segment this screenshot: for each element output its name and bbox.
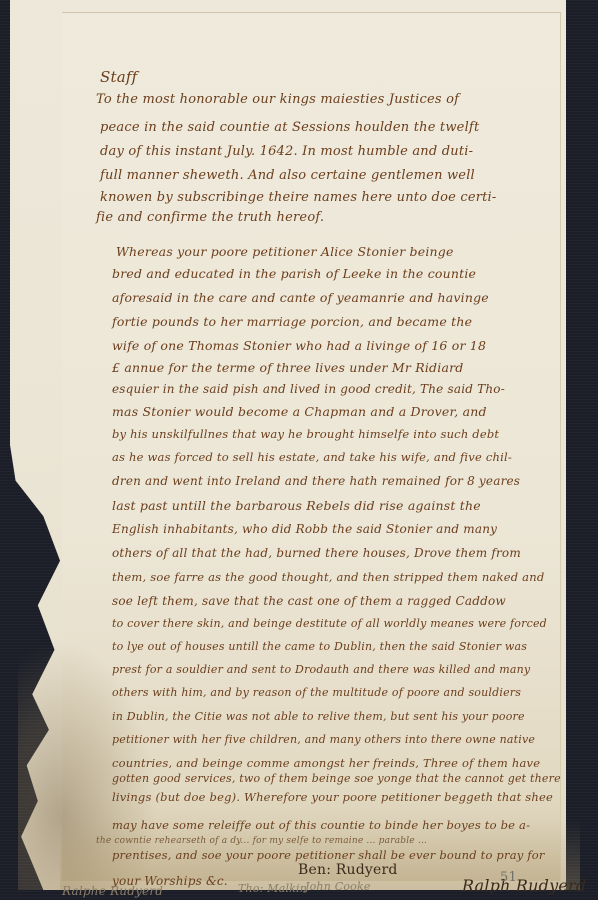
signature: Ben: Rudyerd [298,862,398,878]
body-line: others with him, and by reason of the mu… [112,686,521,699]
address-line: day of this instant July. 1642. In most … [100,144,473,159]
body-line: mas Stonier would become a Chapman and a… [112,404,487,419]
body-line: £ annue for the terme of three lives und… [112,360,464,375]
signature: John Cooke [305,880,371,893]
body-line: countries, and beinge comme amongst her … [112,756,540,770]
body-line: in Dublin, the Citie was not able to rel… [112,710,525,723]
body-line: fortie pounds to her marriage porcion, a… [112,314,472,329]
archive-number: 51 [500,870,517,885]
body-line: wife of one Thomas Stonier who had a liv… [112,338,486,353]
body-line: petitioner with her five children, and m… [112,733,535,746]
body-line: may have some releiffe out of this count… [112,818,530,832]
body-line: by his unskilfullnes that way he brought… [112,427,499,441]
body-line: aforesaid in the care and cante of yeama… [112,290,489,305]
body-line: as he was forced to sell his estate, and… [112,450,512,464]
address-line: fie and confirme the truth hereof. [96,210,324,225]
manuscript-sheet [62,12,561,881]
body-line: to cover there skin, and beinge destitut… [112,617,547,630]
body-line: esquier in the said pish and lived in go… [112,382,505,396]
address-line: knowen by subscribinge theire names here… [100,190,497,205]
body-line: them, soe farre as the good thought, and… [112,570,544,584]
body-line: last past untill the barbarous Rebels di… [112,498,481,513]
signature: Ralph Rudyerd [462,876,586,895]
body-line: soe left them, save that the cast one of… [112,594,506,608]
body-line: English inhabitants, who did Robb the sa… [112,522,497,536]
body-line: livings (but doe beg). Wherefore your po… [112,790,553,804]
body-line: prest for a souldier and sent to Drodaut… [112,663,530,676]
body-line: dren and went into Ireland and there hat… [112,474,520,488]
body-line: Whereas your poore petitioner Alice Ston… [116,244,454,259]
signature: Ralphe Rudyerd [62,884,163,898]
body-line: bred and educated in the parish of Leeke… [112,266,476,281]
document-heading: Staff [100,68,137,86]
body-line: prentises, and soe your poore petitioner… [112,848,545,862]
body-line: gotten good services, two of them beinge… [112,772,561,785]
signature: Tho: Malkin [238,882,307,895]
address-line: To the most honorable our kings maiestie… [96,92,459,107]
address-line: peace in the said countie at Sessions ho… [100,120,479,135]
body-line: others of all that the had, burned there… [112,546,521,560]
interlinear-note: the cowntie rehearseth of a dy... for my… [96,836,427,846]
address-line: full manner sheweth. And also certaine g… [100,168,475,183]
body-line: to lye out of houses untill the came to … [112,640,527,653]
